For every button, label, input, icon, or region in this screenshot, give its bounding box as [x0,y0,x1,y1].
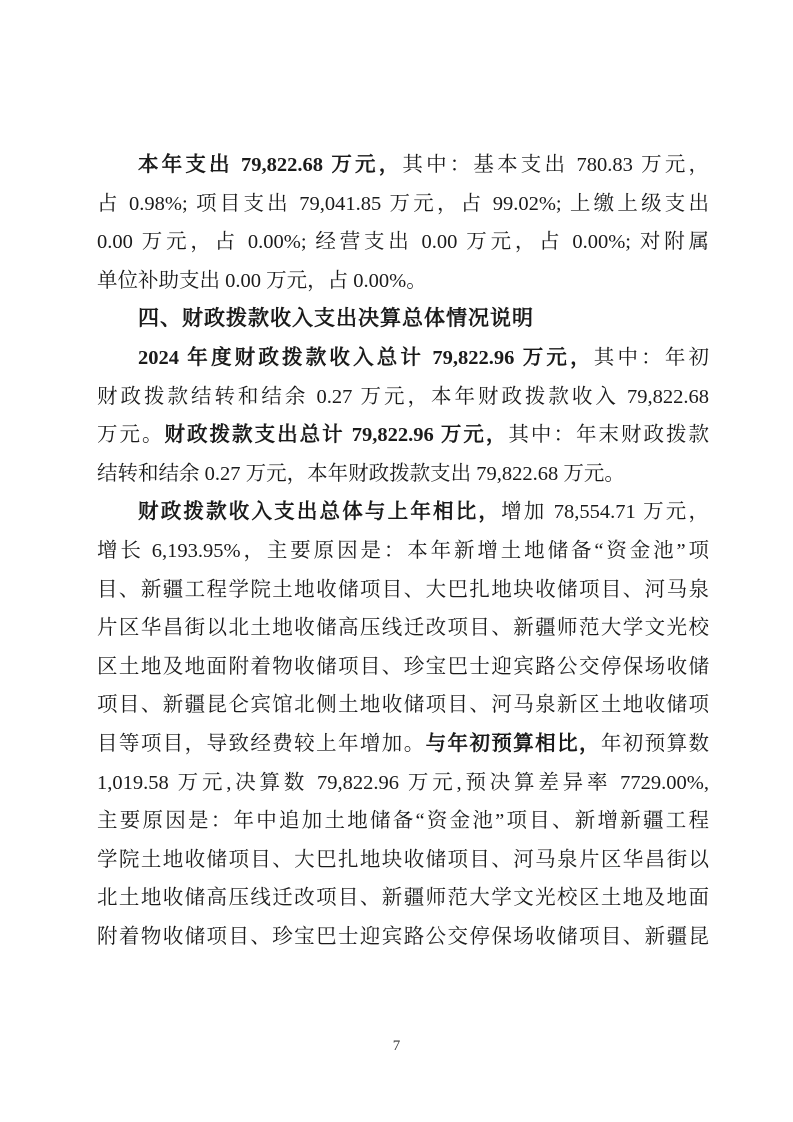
text-line: 财政拨款结转和结余 0.27 万元，本年财政拨款收入 79,822.68 [97,378,709,417]
text-line: 区土地及地面附着物收储项目、珍宝巴士迎宾路公交停保场收储 [97,648,709,687]
text-line: 2024 年度财政拨款收入总计 79,822.96 万元，其中：年初 [97,339,709,378]
text-line: 1,019.58 万元,决算数 79,822.96 万元,预决算差异率 7729… [97,764,709,803]
document-page: 本年支出 79,822.68 万元，其中：基本支出 780.83 万元，占 0.… [0,0,793,1122]
text-line: 学院土地收储项目、大巴扎地块收储项目、河马泉片区华昌街以 [97,841,709,880]
text-line: 目、新疆工程学院土地收储项目、大巴扎地块收储项目、河马泉 [97,571,709,610]
text-line: 主要原因是：年中追加土地储备“资金池”项目、新增新疆工程 [97,802,709,841]
text-line: 北土地收储高压线迁改项目、新疆师范大学文光校区土地及地面 [97,879,709,918]
text-line: 目等项目，导致经费较上年增加。与年初预算相比，年初预算数 [97,725,709,764]
text-line: 增长 6,193.95%，主要原因是：本年新增土地储备“资金池”项 [97,532,709,571]
text-line: 财政拨款收入支出总体与上年相比，增加 78,554.71 万元， [97,493,709,532]
document-body: 本年支出 79,822.68 万元，其中：基本支出 780.83 万元，占 0.… [97,146,709,956]
text-line: 占 0.98%; 项目支出 79,041.85 万元，占 99.02%; 上缴上… [97,185,709,224]
page-number: 7 [0,1036,793,1056]
text-line: 万元。财政拨款支出总计 79,822.96 万元，其中：年末财政拨款 [97,416,709,455]
text-line: 本年支出 79,822.68 万元，其中：基本支出 780.83 万元， [97,146,709,185]
text-line: 项目、新疆昆仑宾馆北侧土地收储项目、河马泉新区土地收储项 [97,686,709,725]
text-line: 结转和结余 0.27 万元，本年财政拨款支出 79,822.68 万元。 [97,455,709,494]
text-line: 片区华昌街以北土地收储高压线迁改项目、新疆师范大学文光校 [97,609,709,648]
text-line: 附着物收储项目、珍宝巴士迎宾路公交停保场收储项目、新疆昆 [97,918,709,957]
text-line: 单位补助支出 0.00 万元，占 0.00%。 [97,262,709,301]
text-line: 0.00 万元，占 0.00%; 经营支出 0.00 万元，占 0.00%; 对… [97,223,709,262]
section-heading: 四、财政拨款收入支出决算总体情况说明 [97,300,709,339]
